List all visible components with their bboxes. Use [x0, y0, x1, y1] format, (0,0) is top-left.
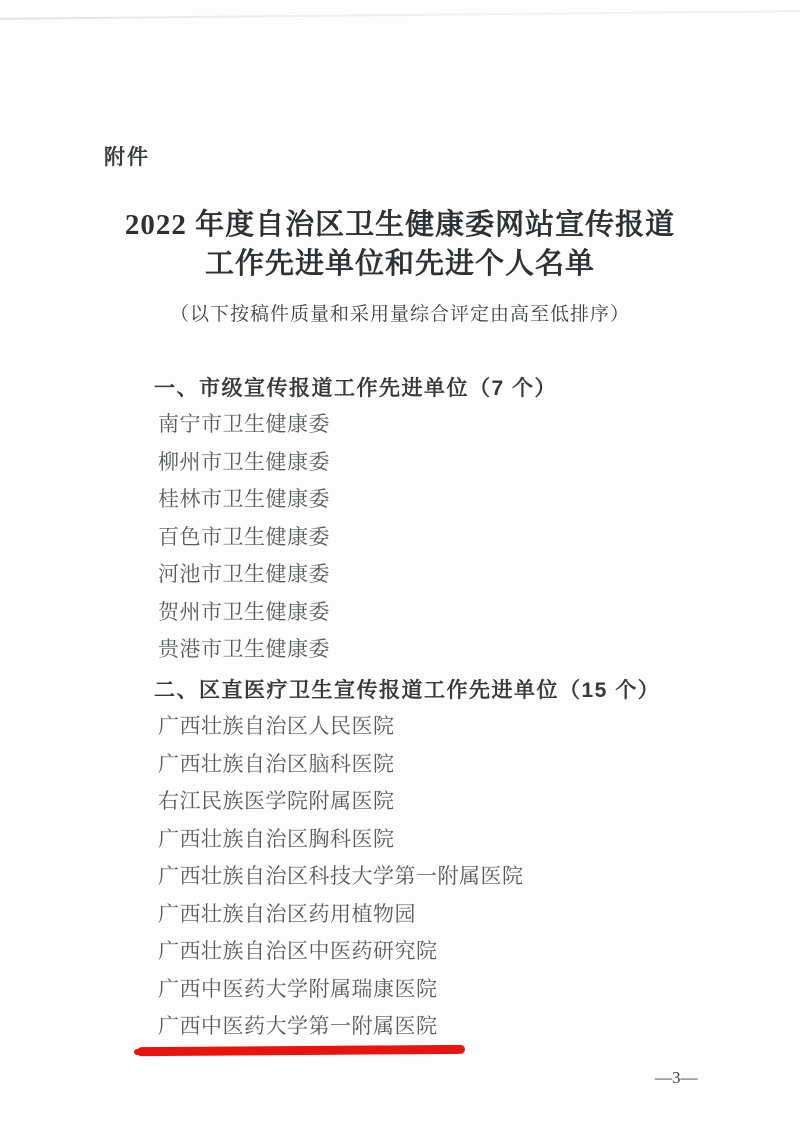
- list-item: 广西壮族自治区科技大学第一附属医院: [158, 858, 714, 896]
- section-1-unit-list: 南宁市卫生健康委 柳州市卫生健康委 桂林市卫生健康委 百色市卫生健康委 河池市卫…: [154, 406, 714, 669]
- document-subtitle: （以下按稿件质量和采用量综合评定由高至低排序）: [0, 299, 800, 326]
- section-2-unit-list: 广西壮族自治区人民医院 广西壮族自治区脑科医院 右江民族医学院附属医院 广西壮族…: [154, 708, 714, 1046]
- document-title: 2022 年度自治区卫生健康委网站宣传报道 工作先进单位和先进个人名单: [0, 206, 800, 284]
- page-number: —3—: [655, 1068, 698, 1088]
- list-item: 贺州市卫生健康委: [158, 594, 714, 632]
- list-item: 右江民族医学院附属医院: [158, 783, 714, 821]
- scan-edge-artifact: [0, 10, 800, 20]
- list-item: 广西壮族自治区脑科医院: [158, 746, 714, 784]
- list-item: 广西壮族自治区中医药研究院: [158, 933, 714, 971]
- title-line-1: 2022 年度自治区卫生健康委网站宣传报道: [0, 206, 800, 245]
- list-item: 广西壮族自治区胸科医院: [158, 821, 714, 859]
- list-item: 广西壮族自治区药用植物园: [158, 896, 714, 934]
- title-line-2: 工作先进单位和先进个人名单: [0, 245, 800, 284]
- list-item: 广西中医药大学第一附属医院: [158, 1008, 714, 1046]
- list-item: 百色市卫生健康委: [158, 519, 714, 557]
- section-regional-medical-units: 二、区直医疗卫生宣传报道工作先进单位（15 个） 广西壮族自治区人民医院 广西壮…: [154, 673, 714, 1046]
- list-item: 南宁市卫生健康委: [158, 406, 714, 444]
- document-page: 附件 2022 年度自治区卫生健康委网站宣传报道 工作先进单位和先进个人名单 （…: [0, 0, 800, 1130]
- list-item: 广西中医药大学附属瑞康医院: [158, 971, 714, 1009]
- list-item: 桂林市卫生健康委: [158, 481, 714, 519]
- list-item: 广西壮族自治区人民医院: [158, 708, 714, 746]
- list-item: 贵港市卫生健康委: [158, 631, 714, 669]
- red-underline-annotation: [137, 1045, 465, 1056]
- attachment-label: 附件: [104, 141, 150, 171]
- list-item: 河池市卫生健康委: [158, 556, 714, 594]
- section-city-advanced-units: 一、市级宣传报道工作先进单位（7 个） 南宁市卫生健康委 柳州市卫生健康委 桂林…: [154, 371, 714, 669]
- section-2-heading: 二、区直医疗卫生宣传报道工作先进单位（15 个）: [154, 673, 714, 708]
- list-item: 柳州市卫生健康委: [158, 444, 714, 482]
- section-1-heading: 一、市级宣传报道工作先进单位（7 个）: [154, 371, 714, 406]
